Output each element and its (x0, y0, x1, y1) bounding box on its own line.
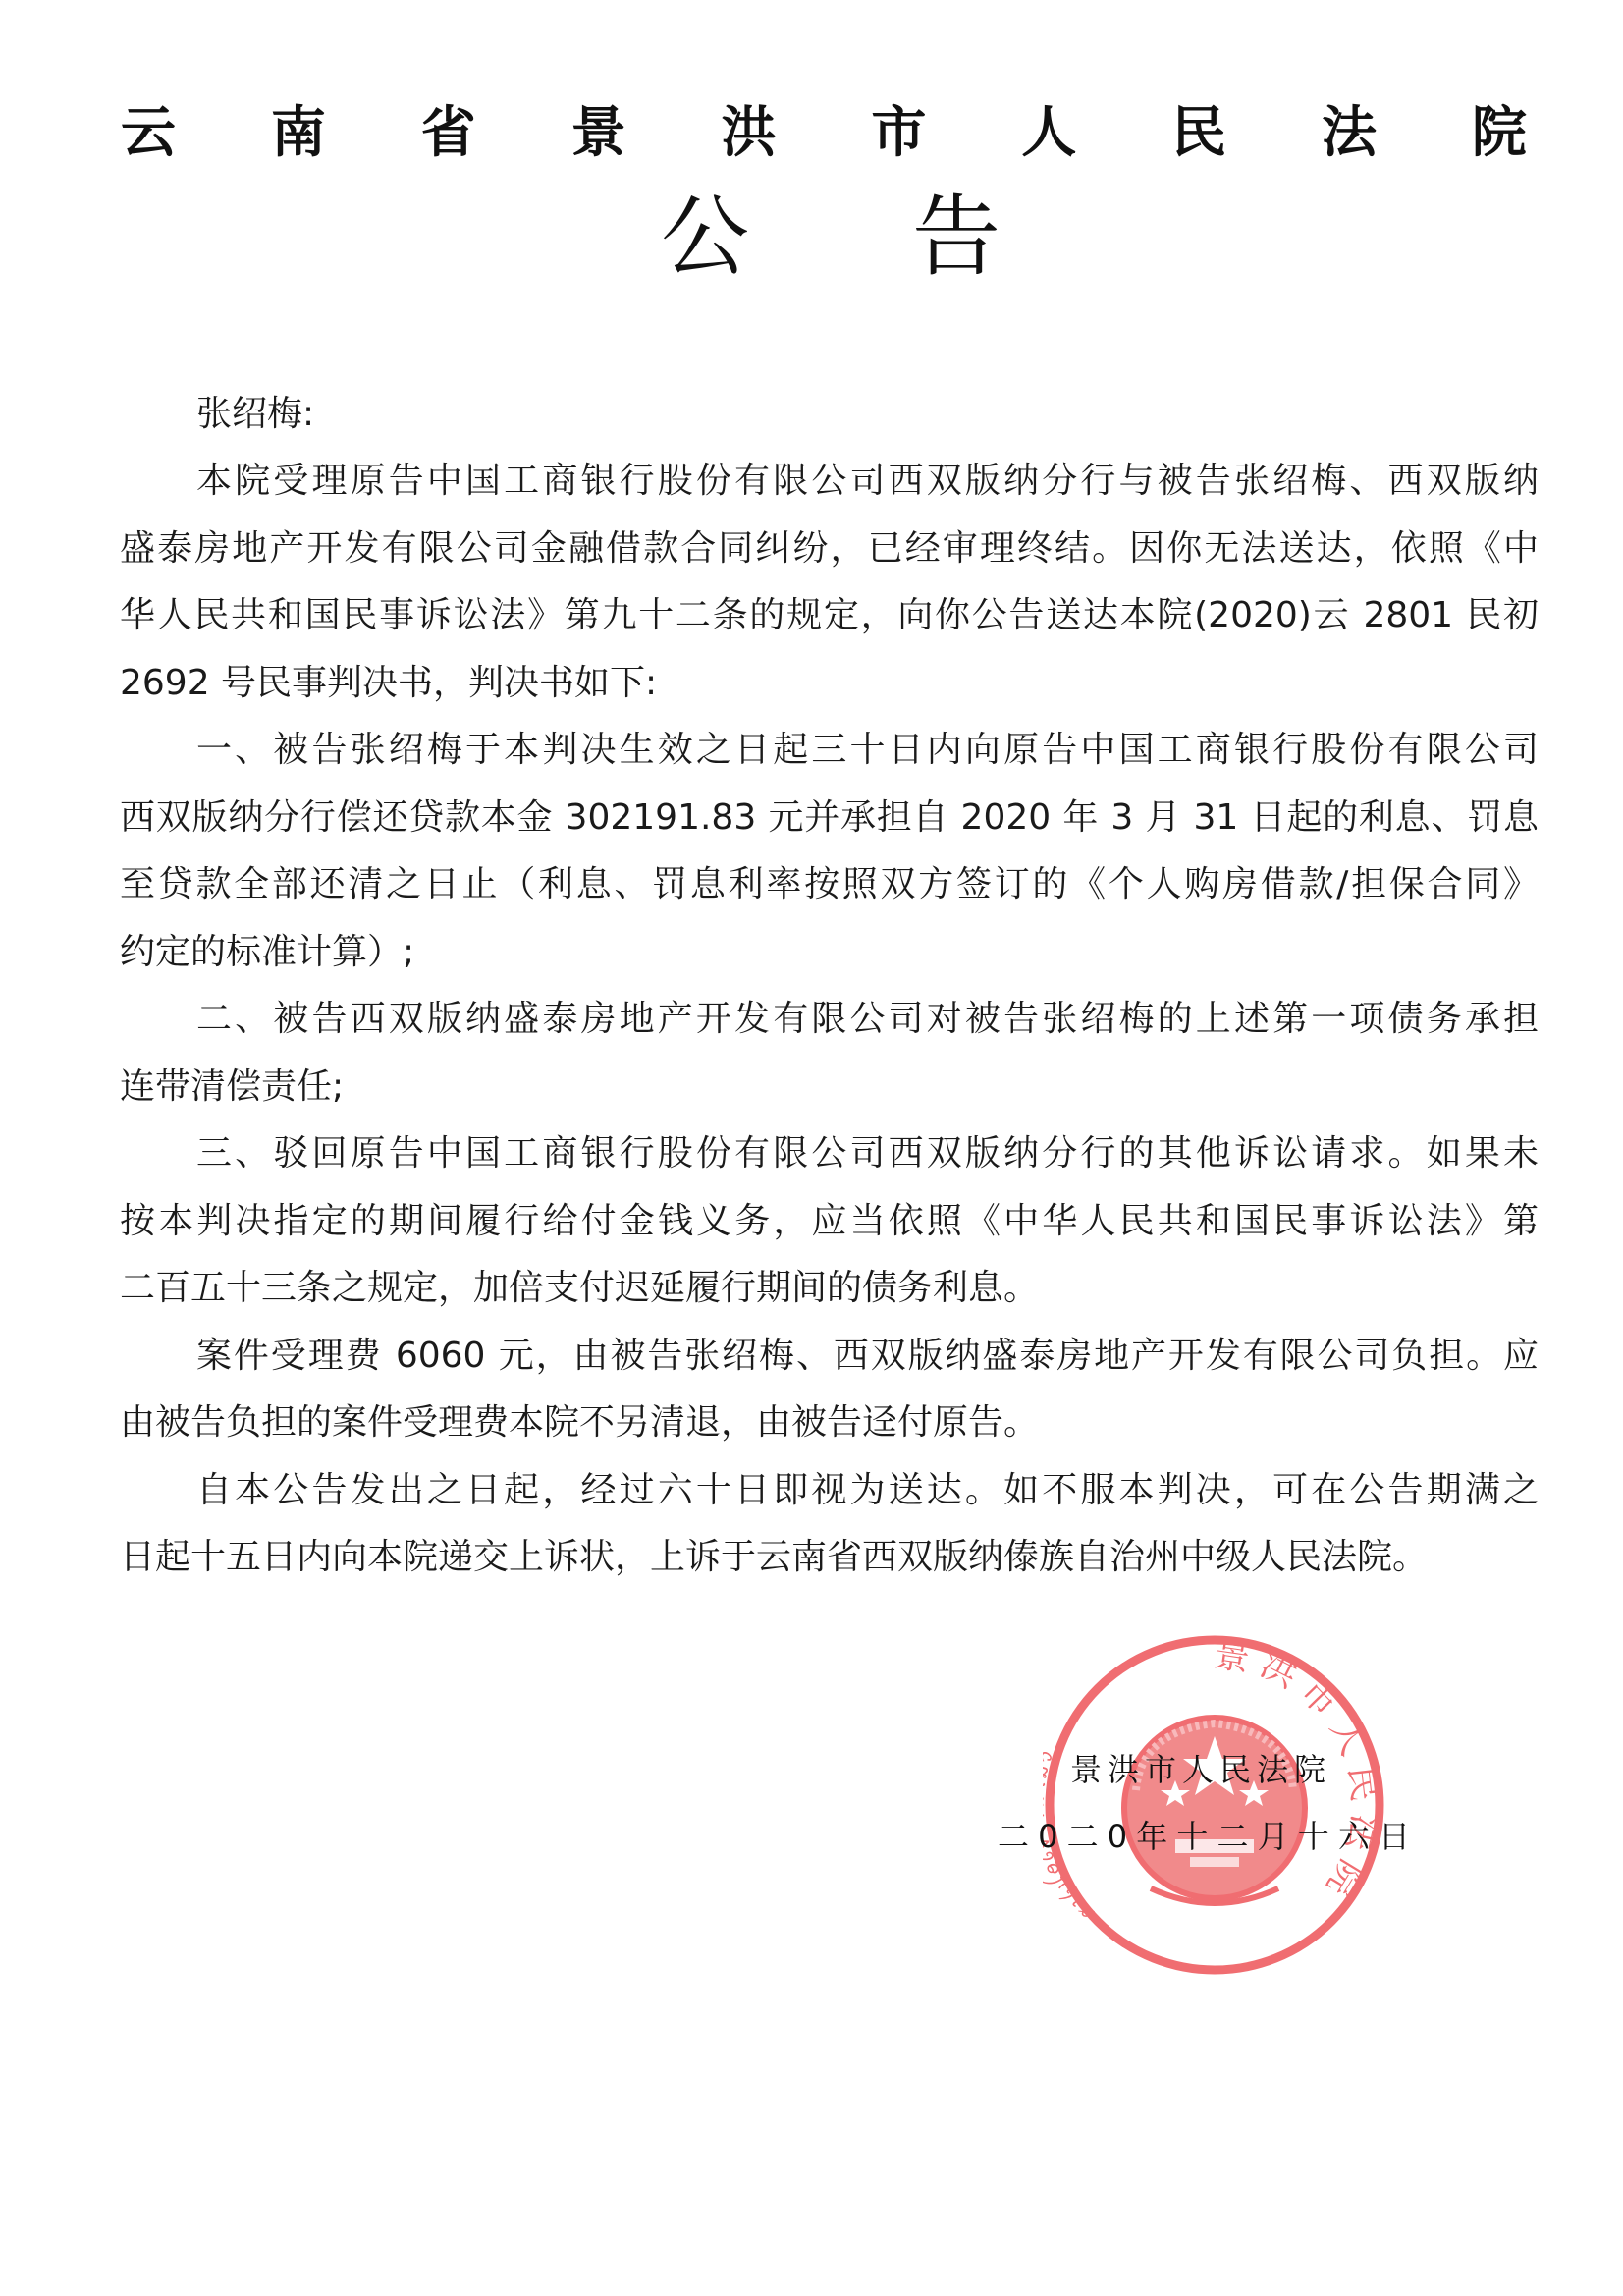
body-line: 案件受理费 6060 元，由被告张绍梅、西双版纳盛泰房地产开发有限公司负担。应 (120, 1332, 1539, 1381)
notice-title-char: 告 (911, 189, 1001, 287)
body-line: 三、驳回原告中国工商银行股份有限公司西双版纳分行的其他诉讼请求。如果未 (120, 1129, 1539, 1178)
date-char: 六 (1338, 1815, 1370, 1858)
body-line: 连带清偿责任; (120, 1063, 1539, 1112)
body-line: 按本判决指定的期间履行给付金钱义务，应当依照《中华人民共和国民事诉讼法》第 (120, 1197, 1539, 1246)
body-line: 华人民共和国民事诉讼法》第九十二条的规定，向你公告送达本院(2020)云 280… (120, 591, 1539, 640)
date-char: 十 (1298, 1815, 1329, 1858)
date-char: 0 (1108, 1815, 1127, 1858)
court-header-char: 景 (571, 98, 626, 167)
date-char: 日 (1379, 1815, 1410, 1858)
court-header-char: 南 (271, 98, 326, 167)
court-header-char: 人 (1021, 98, 1076, 167)
date-char: 0 (1038, 1815, 1057, 1858)
date-char: 月 (1258, 1815, 1289, 1858)
date-char: 年 (1136, 1815, 1167, 1858)
addressee: 张绍梅: (120, 390, 1539, 439)
date-char: 二 (1217, 1815, 1248, 1858)
court-header: 云 南 省 景 洪 市 人 民 法 院 (121, 98, 1527, 167)
court-header-char: 院 (1472, 98, 1527, 167)
body-line: 一、被告张绍梅于本判决生效之日起三十日内向原告中国工商银行股份有限公司 (120, 726, 1539, 775)
body-line: 约定的标准计算）; (120, 928, 1539, 977)
notice-page: 云 南 省 景 洪 市 人 民 法 院 公 告 张绍梅: 本院受理原告中国工商银… (0, 0, 1623, 2296)
body-line: 二、被告西双版纳盛泰房地产开发有限公司对被告张绍梅的上述第一项债务承担 (120, 995, 1539, 1044)
signing-date: 二 0 二 0 年 十 二 月 十 六 日 (998, 1815, 1410, 1858)
body-line: 自本公告发出之日起，经过六十日即视为送达。如不服本判决，可在公告期满之 (120, 1466, 1539, 1515)
court-header-char: 洪 (722, 98, 777, 167)
body-line: 西双版纳分行偿还贷款本金 302191.83 元并承担自 2020 年 3 月 … (120, 793, 1539, 843)
body-line: 由被告负担的案件受理费本院不另清退，由被告迳付原告。 (120, 1398, 1539, 1448)
court-header-char: 云 (121, 98, 176, 167)
body-line: 二百五十三条之规定，加倍支付迟延履行期间的债务利息。 (120, 1264, 1539, 1313)
body-line: 至贷款全部还清之日止（利息、罚息利率按照双方签订的《个人购房借款/担保合同》 (120, 860, 1539, 909)
court-header-char: 市 (871, 98, 926, 167)
body-line: 日起十五日内向本院递交上诉状，上诉于云南省西双版纳傣族自治州中级人民法院。 (120, 1533, 1539, 1582)
body-line: 2692 号民事判决书，判决书如下: (120, 659, 1539, 708)
notice-title: 公 告 (660, 189, 1001, 287)
date-char: 十 (1176, 1815, 1208, 1858)
body-line: 盛泰房地产开发有限公司金融借款合同纠纷，已经审理终结。因你无法送达，依照《中 (120, 524, 1539, 574)
court-seal-icon: 景洪市人民法院 ꪁꪱꪉꪊꪮꪉꪥꪚꪱꪙꪻꪣꪷꪫ (1043, 1633, 1386, 1977)
date-char: 二 (1067, 1815, 1099, 1858)
notice-title-char: 公 (660, 189, 750, 287)
date-char: 二 (998, 1815, 1029, 1858)
court-header-char: 民 (1171, 98, 1226, 167)
court-header-char: 法 (1322, 98, 1377, 167)
signing-court-name: 景洪市人民法院 (1070, 1748, 1331, 1791)
court-header-char: 省 (421, 98, 476, 167)
body-line: 本院受理原告中国工商银行股份有限公司西双版纳分行与被告张绍梅、西双版纳 (120, 457, 1539, 506)
